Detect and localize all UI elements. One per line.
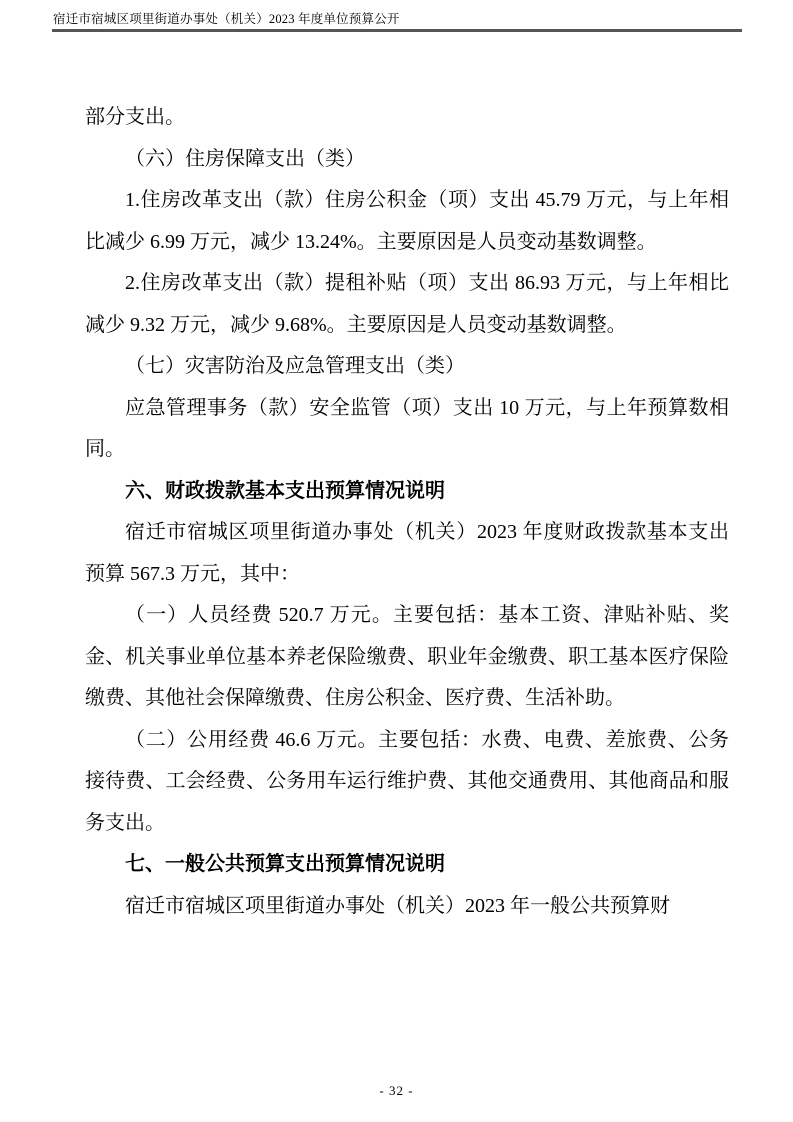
para-general-budget-intro: 宿迁市宿城区项里街道办事处（机关）2023 年一般公共预算财 <box>85 886 729 928</box>
page-number: - 32 - <box>379 1083 413 1098</box>
heading-section-7-general-budget: 七、一般公共预算支出预算情况说明 <box>85 844 729 886</box>
para-basic-expenditure-total: 宿迁市宿城区项里街道办事处（机关）2023 年度财政拨款基本支出预算 567.3… <box>85 512 729 595</box>
page-footer: - 32 - <box>0 1082 793 1100</box>
para-housing-security-category: （六）住房保障支出（类） <box>85 139 729 181</box>
para-emergency-safety-item: 应急管理事务（款）安全监管（项）支出 10 万元，与上年预算数相同。 <box>85 388 729 471</box>
para-public-expense: （二）公用经费 46.6 万元。主要包括：水费、电费、差旅费、公务接待费、工会经… <box>85 720 729 845</box>
document-body: 部分支出。 （六）住房保障支出（类） 1.住房改革支出（款）住房公积金（项）支出… <box>85 97 729 927</box>
page-header: 宿迁市宿城区项里街道办事处（机关）2023 年度单位预算公开 <box>52 0 742 32</box>
header-rule <box>52 29 742 32</box>
heading-section-6-basic-expenditure: 六、财政拨款基本支出预算情况说明 <box>85 471 729 513</box>
para-rent-subsidy-item: 2.住房改革支出（款）提租补贴（项）支出 86.93 万元，与上年相比减少 9.… <box>85 263 729 346</box>
para-disaster-emergency-category: （七）灾害防治及应急管理支出（类） <box>85 346 729 388</box>
document-page: 宿迁市宿城区项里街道办事处（机关）2023 年度单位预算公开 部分支出。 （六）… <box>0 0 793 1122</box>
para-personnel-expense: （一）人员经费 520.7 万元。主要包括：基本工资、津贴补贴、奖金、机关事业单… <box>85 595 729 720</box>
para-housing-fund-item: 1.住房改革支出（款）住房公积金（项）支出 45.79 万元，与上年相比减少 6… <box>85 180 729 263</box>
para-overflow-continuation: 部分支出。 <box>85 97 729 139</box>
header-title: 宿迁市宿城区项里街道办事处（机关）2023 年度单位预算公开 <box>53 12 400 26</box>
